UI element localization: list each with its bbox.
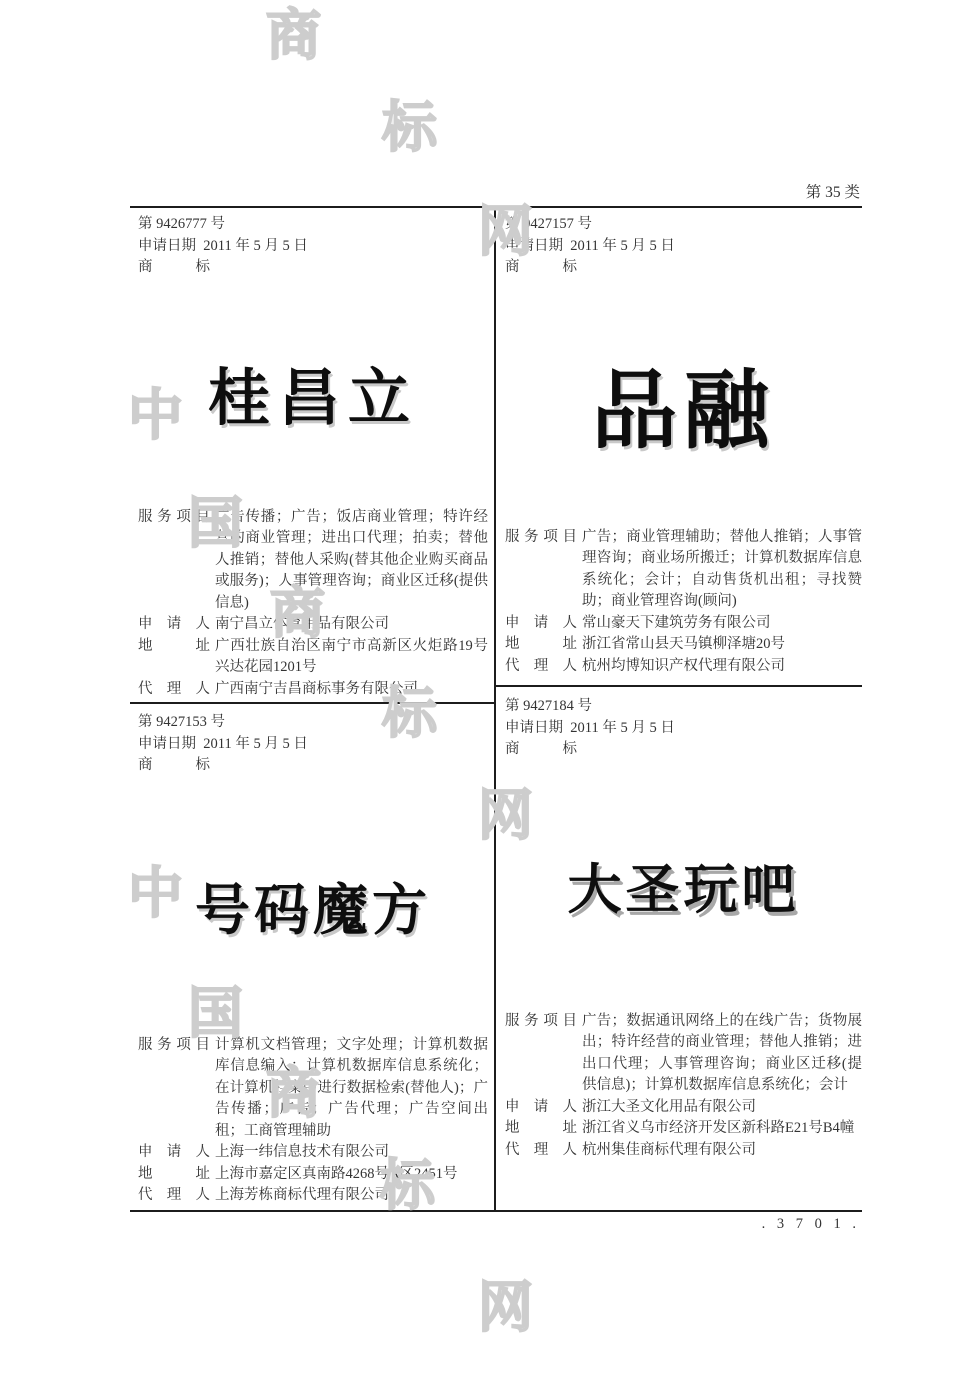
agent-label: 代 理 人 xyxy=(138,679,210,701)
address-row: 地 址 浙江省义乌市经济开发区新科路E21号B4幢 xyxy=(505,1118,862,1140)
service-items-label: 服务项目 xyxy=(505,1011,577,1097)
service-items-value: 广告；商业管理辅助；替他人推销；人事管理咨询；商业场所搬迁；计算机数据库信息系统… xyxy=(582,527,862,613)
address-label: 地 址 xyxy=(138,636,210,679)
service-items-label: 服务项目 xyxy=(505,527,577,613)
trademark-text: 号码魔方 xyxy=(195,866,431,945)
agent-row: 代 理 人 杭州均博知识产权代理有限公司 xyxy=(505,656,862,678)
agent-label: 代 理 人 xyxy=(505,1140,577,1162)
registration-number: 第 9427157 号 xyxy=(505,214,862,236)
service-items-label: 服务项目 xyxy=(138,507,210,615)
service-items-value: 广告传播；广告；饭店商业管理；特许经营的商业管理；进出口代理；拍卖；替他人推销；… xyxy=(215,507,488,615)
address-row: 地 址 浙江省常山县天马镇柳泽塘20号 xyxy=(505,634,862,656)
trademark-entry: 第 9427153 号 申请日期 2011 年 5 月 5 日 商 标 号码魔方… xyxy=(138,712,488,1207)
trademark-image: 大圣玩吧 xyxy=(505,761,862,1011)
registration-number: 第 9427153 号 xyxy=(138,712,488,734)
agent-row: 代 理 人 广西南宁吉昌商标事务有限公司 xyxy=(138,679,488,701)
agent-value: 杭州均博知识产权代理有限公司 xyxy=(582,656,862,678)
trademark-image: 号码魔方 xyxy=(138,777,488,1035)
mark-label: 商 标 xyxy=(505,739,577,761)
address-row: 地 址 广西壮族自治区南宁市高新区火炬路19号兴达花园1201号 xyxy=(138,636,488,679)
service-items-row: 服务项目 广告；商业管理辅助；替他人推销；人事管理咨询；商业场所搬迁；计算机数据… xyxy=(505,527,862,613)
bottom-rule xyxy=(130,1210,862,1212)
mark-label-row: 商 标 xyxy=(138,755,488,777)
application-date: 申请日期 2011 年 5 月 5 日 xyxy=(505,236,862,258)
right-entry-divider xyxy=(494,685,862,687)
applicant-row: 申 请 人 浙江大圣文化用品有限公司 xyxy=(505,1097,862,1119)
application-date: 申请日期 2011 年 5 月 5 日 xyxy=(138,236,488,258)
mark-label: 商 标 xyxy=(505,257,577,279)
mark-label: 商 标 xyxy=(138,257,210,279)
address-value: 浙江省常山县天马镇柳泽塘20号 xyxy=(582,634,862,656)
applicant-label: 申 请 人 xyxy=(138,614,210,636)
agent-value: 上海芳栋商标代理有限公司 xyxy=(215,1185,488,1207)
application-date: 申请日期 2011 年 5 月 5 日 xyxy=(138,734,488,756)
left-entry-divider xyxy=(130,702,494,704)
agent-label: 代 理 人 xyxy=(138,1185,210,1207)
trademark-entry: 第 9427184 号 申请日期 2011 年 5 月 5 日 商 标 大圣玩吧… xyxy=(505,696,862,1161)
applicant-row: 申 请 人 常山豪天下建筑劳务有限公司 xyxy=(505,613,862,635)
service-items-row: 服务项目 计算机文档管理；文字处理；计算机数据库信息编入；计算机数据库信息系统化… xyxy=(138,1035,488,1143)
service-items-value: 广告；数据通讯网络上的在线广告；货物展出；特许经营的商业管理；替他人推销；进出口… xyxy=(582,1011,862,1097)
trademark-text: 桂昌立 xyxy=(208,348,418,437)
address-label: 地 址 xyxy=(505,1118,577,1140)
watermark-char: 商 xyxy=(266,8,321,63)
address-label: 地 址 xyxy=(138,1164,210,1186)
registration-number: 第 9426777 号 xyxy=(138,214,488,236)
applicant-row: 申 请 人 南宁昌立体育用品有限公司 xyxy=(138,614,488,636)
trademark-image: 品融 xyxy=(505,279,862,527)
registration-number: 第 9427184 号 xyxy=(505,696,862,718)
address-value: 广西壮族自治区南宁市高新区火炬路19号兴达花园1201号 xyxy=(215,636,488,679)
trademark-text: 大圣玩吧 xyxy=(568,847,800,924)
mark-label-row: 商 标 xyxy=(138,257,488,279)
agent-label: 代 理 人 xyxy=(505,656,577,678)
applicant-label: 申 请 人 xyxy=(505,613,577,635)
applicant-value: 南宁昌立体育用品有限公司 xyxy=(215,614,488,636)
column-divider xyxy=(494,206,496,1212)
top-rule xyxy=(130,206,862,208)
trademark-text: 品融 xyxy=(592,341,776,465)
address-value: 浙江省义乌市经济开发区新科路E21号B4幢 xyxy=(582,1118,862,1140)
mark-label-row: 商 标 xyxy=(505,257,862,279)
trademark-image: 桂昌立 xyxy=(138,279,488,507)
service-items-value: 计算机文档管理；文字处理；计算机数据库信息编入；计算机数据库信息系统化；在计算机… xyxy=(215,1035,488,1143)
applicant-value: 常山豪天下建筑劳务有限公司 xyxy=(582,613,862,635)
gazette-page: 商 标 网 中 国 商 标 网 中 国 商 标 网 第 35 类 第 94267… xyxy=(0,0,980,1400)
class-header: 第 35 类 xyxy=(720,180,860,202)
applicant-row: 申 请 人 上海一纬信息技术有限公司 xyxy=(138,1142,488,1164)
mark-label: 商 标 xyxy=(138,755,210,777)
service-items-label: 服务项目 xyxy=(138,1035,210,1143)
agent-row: 代 理 人 上海芳栋商标代理有限公司 xyxy=(138,1185,488,1207)
applicant-value: 上海一纬信息技术有限公司 xyxy=(215,1142,488,1164)
page-number: . 3 7 0 1 . xyxy=(710,1216,860,1233)
agent-value: 广西南宁吉昌商标事务有限公司 xyxy=(215,679,488,701)
address-label: 地 址 xyxy=(505,634,577,656)
application-date: 申请日期 2011 年 5 月 5 日 xyxy=(505,718,862,740)
address-value: 上海市嘉定区真南路4268号A区2451号 xyxy=(215,1164,488,1186)
watermark-char: 标 xyxy=(382,100,437,155)
service-items-row: 服务项目 广告传播；广告；饭店商业管理；特许经营的商业管理；进出口代理；拍卖；替… xyxy=(138,507,488,615)
watermark-char: 网 xyxy=(478,1280,533,1335)
trademark-entry: 第 9426777 号 申请日期 2011 年 5 月 5 日 商 标 桂昌立 … xyxy=(138,214,488,700)
trademark-entry: 第 9427157 号 申请日期 2011 年 5 月 5 日 商 标 品融 服… xyxy=(505,214,862,677)
agent-row: 代 理 人 杭州集佳商标代理有限公司 xyxy=(505,1140,862,1162)
applicant-label: 申 请 人 xyxy=(138,1142,210,1164)
agent-value: 杭州集佳商标代理有限公司 xyxy=(582,1140,862,1162)
service-items-row: 服务项目 广告；数据通讯网络上的在线广告；货物展出；特许经营的商业管理；替他人推… xyxy=(505,1011,862,1097)
applicant-label: 申 请 人 xyxy=(505,1097,577,1119)
mark-label-row: 商 标 xyxy=(505,739,862,761)
address-row: 地 址 上海市嘉定区真南路4268号A区2451号 xyxy=(138,1164,488,1186)
applicant-value: 浙江大圣文化用品有限公司 xyxy=(582,1097,862,1119)
